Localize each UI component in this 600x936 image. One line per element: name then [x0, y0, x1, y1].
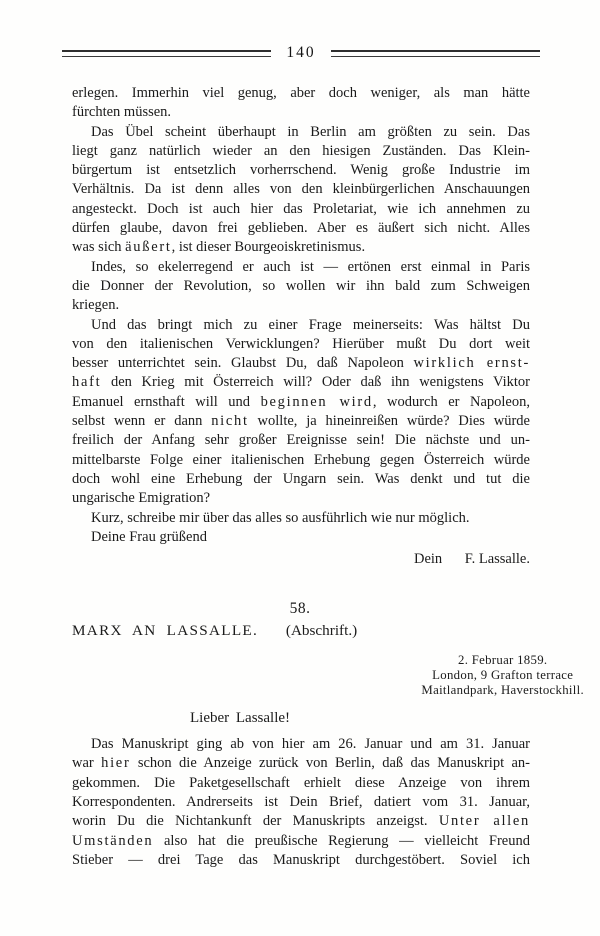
- signature-row: Dein F. Lassalle.: [72, 550, 530, 569]
- book-page: 140 erlegen. Immerhin viel genug, aber d…: [0, 0, 600, 936]
- text-segment: , wodurch er Napoleon,: [373, 394, 530, 410]
- text-line: Und das bringt mich zu einer Frage meine…: [72, 316, 530, 335]
- text-line: worin Du die Nichtankunft der Manuskript…: [72, 812, 530, 831]
- text-segment: Emanuel ernsthaft will und: [72, 394, 261, 410]
- paragraph: Das Manuskript ging ab von hier am 26. J…: [72, 735, 530, 870]
- paragraph: Deine Frau grüßend: [72, 528, 530, 547]
- text-segment: angesteckt. Doch ist auch hier das Prole…: [72, 201, 530, 217]
- paragraph: Indes, so ekelerregend er auch ist — ert…: [72, 258, 530, 316]
- text-line: war hier schon die Anzeige zurück von Be…: [72, 754, 530, 773]
- emphasized-text: haft: [72, 374, 101, 390]
- text-segment: mittelbarste Folge einer italienischen E…: [72, 452, 530, 468]
- text-line: doch wohl eine Erhebung der Ungarn sein.…: [72, 470, 530, 489]
- text-segment: freilich der Anfang sehr großer Ereignis…: [72, 432, 530, 448]
- paragraph: Und das bringt mich zu einer Frage meine…: [72, 316, 530, 509]
- text-segment: kriegen.: [72, 297, 119, 313]
- emphasized-text: Unter allen: [439, 813, 530, 829]
- paragraph: Das Übel scheint überhaupt in Berlin am …: [72, 123, 530, 258]
- text-line: besser unterrichtet sein. Glaubst Du, da…: [72, 354, 530, 373]
- text-segment: den Krieg mit Österreich will? Oder daß …: [101, 374, 530, 390]
- text-segment: erlegen. Immerhin viel genug, aber doch …: [72, 85, 530, 101]
- text-line: Das Übel scheint überhaupt in Berlin am …: [72, 123, 530, 142]
- signature-name: F. Lassalle.: [465, 550, 530, 569]
- paragraph: erlegen. Immerhin viel genug, aber doch …: [72, 84, 530, 123]
- text-line: liegt ganz natürlich wieder an den hiesi…: [72, 142, 530, 161]
- letter-57: erlegen. Immerhin viel genug, aber doch …: [0, 84, 600, 569]
- text-line: ungarische Emigration?: [72, 489, 530, 508]
- text-line: von den italienischen Verwicklungen? Hie…: [72, 335, 530, 354]
- emphasized-text: Umständen: [72, 833, 153, 849]
- running-head: 140: [62, 44, 540, 62]
- text-segment: selbst wenn er dann: [72, 413, 211, 429]
- paragraph: Kurz, schreibe mir über das alles so aus…: [72, 509, 530, 528]
- text-segment: Das Manuskript ging ab von hier am 26. J…: [91, 736, 530, 752]
- text-segment: von den italienischen Verwicklungen? Hie…: [72, 336, 530, 352]
- text-segment: liegt ganz natürlich wieder an den hiesi…: [72, 143, 530, 159]
- text-segment: also hat die preußische Regierung — viel…: [153, 833, 530, 849]
- text-segment: doch wohl eine Erhebung der Ungarn sein.…: [72, 471, 530, 487]
- letter-58-paragraphs: Das Manuskript ging ab von hier am 26. J…: [72, 735, 530, 870]
- letter-58: 58. MARX AN LASSALLE. (Abschrift.) 2. Fe…: [0, 600, 600, 870]
- text-line: Deine Frau grüßend: [72, 528, 530, 547]
- text-segment: Stieber — drei Tage das Manuskript durch…: [72, 852, 530, 868]
- text-segment: , ist dieser Bourgeoiskretinismus.: [172, 239, 365, 255]
- text-segment: Deine Frau grüßend: [91, 529, 207, 545]
- text-line: Verhältnis. Da ist denn alles von den kl…: [72, 180, 530, 199]
- dateline-address-2: Maitlandpark, Haverstockhill.: [421, 683, 584, 698]
- text-segment: Verhältnis. Da ist denn alles von den kl…: [72, 181, 530, 197]
- text-segment: gekommen. Die Paketgesellschaft erhielt …: [72, 775, 530, 791]
- text-line: kriegen.: [72, 296, 530, 315]
- text-line: was sich äußert, ist dieser Bourgeoiskre…: [72, 238, 530, 257]
- text-segment: die Donner der Revolution, so wollen wir…: [72, 278, 530, 294]
- dateline-address-1: London, 9 Grafton terrace: [421, 668, 584, 683]
- text-line: Das Manuskript ging ab von hier am 26. J…: [72, 735, 530, 754]
- header-rule-left: [62, 50, 271, 57]
- emphasized-text: nicht: [211, 413, 249, 429]
- emphasized-text: beginnen wird: [261, 394, 373, 410]
- text-segment: was sich: [72, 239, 125, 255]
- text-segment: worin Du die Nichtankunft der Manuskript…: [72, 813, 439, 829]
- letter-number-heading: 58.: [0, 600, 600, 618]
- text-segment: Und das bringt mich zu einer Frage meine…: [91, 317, 530, 333]
- text-line: gekommen. Die Paketgesellschaft erhielt …: [72, 774, 530, 793]
- text-segment: ungarische Emigration?: [72, 490, 210, 506]
- text-segment: Korrespondenten. Andrerseits ist Dein Br…: [72, 794, 530, 810]
- text-line: Kurz, schreibe mir über das alles so aus…: [72, 509, 530, 528]
- text-line: erlegen. Immerhin viel genug, aber doch …: [72, 84, 530, 103]
- text-segment: Das Übel scheint überhaupt in Berlin am …: [91, 124, 530, 140]
- text-line: fürchten müssen.: [72, 103, 530, 122]
- text-segment: Kurz, schreibe mir über das alles so aus…: [91, 510, 470, 526]
- text-segment: bürgertum ist entsetzlich vorherrschend.…: [72, 162, 530, 178]
- text-line: angesteckt. Doch ist auch hier das Prole…: [72, 200, 530, 219]
- page-number: 140: [271, 44, 330, 62]
- text-line: Stieber — drei Tage das Manuskript durch…: [72, 851, 530, 870]
- letter-57-paragraphs: erlegen. Immerhin viel genug, aber doch …: [72, 84, 530, 547]
- text-line: mittelbarste Folge einer italienischen E…: [72, 451, 530, 470]
- text-line: freilich der Anfang sehr großer Ereignis…: [72, 431, 530, 450]
- text-segment: dürfen glaube, davon frei geblieben. Abe…: [72, 220, 530, 236]
- text-line: dürfen glaube, davon frei geblieben. Abe…: [72, 219, 530, 238]
- text-line: Emanuel ernsthaft will und beginnen wird…: [72, 393, 530, 412]
- text-line: die Donner der Revolution, so wollen wir…: [72, 277, 530, 296]
- text-segment: schon die Anzeige zurück von Berlin, daß…: [130, 755, 530, 771]
- letter-title: MARX AN LASSALLE.: [72, 622, 258, 639]
- text-line: bürgertum ist entsetzlich vorherrschend.…: [72, 161, 530, 180]
- dateline: 2. Februar 1859. London, 9 Grafton terra…: [421, 653, 584, 697]
- text-segment: war: [72, 755, 101, 771]
- letter-title-annotation: (Abschrift.): [286, 622, 357, 639]
- dateline-date: 2. Februar 1859.: [421, 653, 584, 668]
- text-line: selbst wenn er dann nicht wollte, ja hin…: [72, 412, 530, 431]
- signature-closing: Dein: [414, 550, 442, 569]
- text-line: Korrespondenten. Andrerseits ist Dein Br…: [72, 793, 530, 812]
- text-segment: wollte, ja hineinreißen würde? Dies würd…: [249, 413, 530, 429]
- header-rule-right: [331, 50, 540, 57]
- text-segment: besser unterrichtet sein. Glaubst Du, da…: [72, 355, 413, 371]
- emphasized-text: äußert: [125, 239, 171, 255]
- salutation: Lieber Lassalle!: [190, 710, 600, 727]
- text-segment: fürchten müssen.: [72, 104, 171, 120]
- emphasized-text: hier: [101, 755, 130, 771]
- emphasized-text: wirklich ernst-: [413, 355, 530, 371]
- text-segment: Indes, so ekelerregend er auch ist — ert…: [91, 259, 530, 275]
- text-line: Indes, so ekelerregend er auch ist — ert…: [72, 258, 530, 277]
- text-line: Umständen also hat die preußische Regier…: [72, 832, 530, 851]
- text-line: haft den Krieg mit Österreich will? Oder…: [72, 373, 530, 392]
- dateline-wrap: 2. Februar 1859. London, 9 Grafton terra…: [0, 653, 584, 699]
- letter-title-line: MARX AN LASSALLE. (Abschrift.): [72, 622, 530, 640]
